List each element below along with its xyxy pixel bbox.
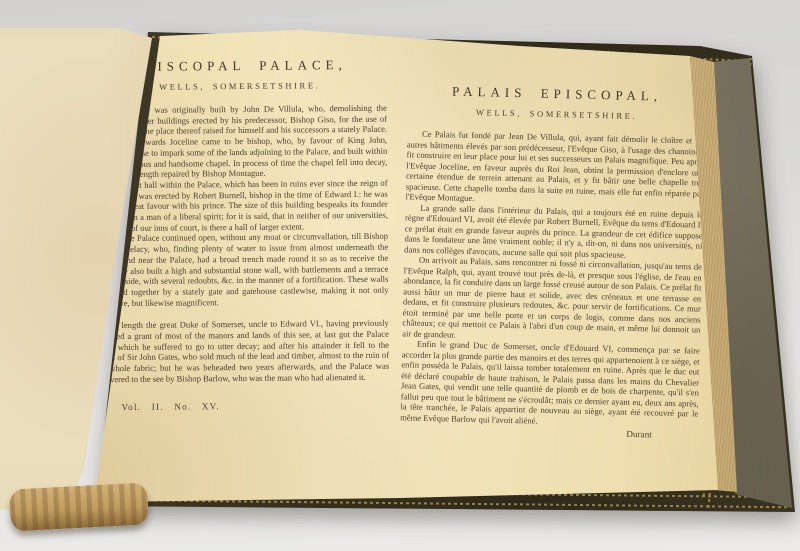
book-photograph: EPISCOPAL PALACE, WELLS, SOMERSETSHIRE. …	[0, 0, 800, 551]
french-paragraph-3: On arrivoit au Palais, sans rencontrer n…	[402, 254, 702, 345]
french-paragraph-2: La grande salle dans l'intérieur du Pala…	[404, 202, 703, 262]
french-paragraph-1: Ce Palais fut fondé par Jean De Villula,…	[405, 128, 705, 209]
english-paragraph-4: At length the great Duke of Somerset, un…	[95, 318, 390, 385]
french-text-column: PALAIS EPISCOPAL, WELLS, SOMERSETSHIRE. …	[400, 82, 706, 440]
worn-spine-end	[9, 482, 149, 531]
french-paragraph-4: Enfin le grand Duc de Somerset, oncle d'…	[400, 338, 700, 429]
french-subtitle: WELLS, SOMERSETSHIRE.	[408, 105, 706, 122]
english-paragraph-3: But the Palace continued open, without a…	[94, 231, 389, 308]
